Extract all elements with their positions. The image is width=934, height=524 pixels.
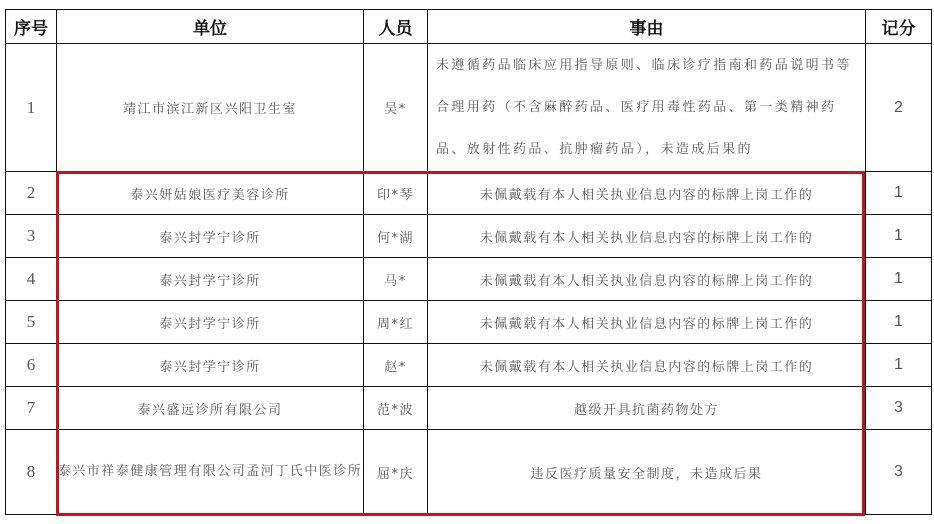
cell-index: 6 (6, 344, 57, 387)
cell-person: 马* (364, 258, 428, 301)
cell-score: 2 (866, 44, 932, 172)
cell-score: 3 (866, 387, 932, 430)
cell-index: 7 (6, 387, 57, 430)
cell-reason: 未佩戴载有本人相关执业信息内容的标牌上岗工作的 (428, 301, 866, 344)
cell-person: 周*红 (364, 301, 428, 344)
cell-reason: 违反医疗质量安全制度，未造成后果 (428, 430, 866, 515)
cell-unit: 泰兴封学宁诊所 (57, 344, 364, 387)
cell-reason: 越级开具抗菌药物处方 (428, 387, 866, 430)
cell-reason: 未佩戴载有本人相关执业信息内容的标牌上岗工作的 (428, 215, 866, 258)
header-reason: 事由 (428, 10, 866, 44)
table-row: 1 靖江市滨江新区兴阳卫生室 吴* 未遵循药品临床应用指导原则、临床诊疗指南和药… (6, 44, 932, 172)
cell-unit: 泰兴市祥泰健康管理有限公司孟河丁氏中医诊所 (57, 430, 364, 515)
cell-unit: 泰兴妍姑娘医疗美容诊所 (57, 172, 364, 215)
cell-reason: 未佩戴载有本人相关执业信息内容的标牌上岗工作的 (428, 172, 866, 215)
cell-index: 1 (6, 44, 57, 172)
header-person: 人员 (364, 10, 428, 44)
cell-unit: 泰兴封学宁诊所 (57, 215, 364, 258)
cell-reason: 未佩戴载有本人相关执业信息内容的标牌上岗工作的 (428, 258, 866, 301)
table-row: 8 泰兴市祥泰健康管理有限公司孟河丁氏中医诊所 屈*庆 违反医疗质量安全制度，未… (6, 430, 932, 515)
penalty-record-table: 序号 单位 人员 事由 记分 1 靖江市滨江新区兴阳卫生室 吴* 未遵循药品临床… (5, 9, 932, 515)
table-row: 4 泰兴封学宁诊所 马* 未佩戴载有本人相关执业信息内容的标牌上岗工作的 1 (6, 258, 932, 301)
header-score: 记分 (866, 10, 932, 44)
cell-reason: 未遵循药品临床应用指导原则、临床诊疗指南和药品说明书等合理用药（不含麻醉药品、医… (428, 44, 866, 172)
table-row: 3 泰兴封学宁诊所 何*湖 未佩戴载有本人相关执业信息内容的标牌上岗工作的 1 (6, 215, 932, 258)
cell-score: 1 (866, 215, 932, 258)
cell-person: 吴* (364, 44, 428, 172)
cell-score: 1 (866, 301, 932, 344)
cell-index: 8 (6, 430, 57, 515)
header-index: 序号 (6, 10, 57, 44)
cell-index: 4 (6, 258, 57, 301)
table-row: 2 泰兴妍姑娘医疗美容诊所 印*琴 未佩戴载有本人相关执业信息内容的标牌上岗工作… (6, 172, 932, 215)
cell-person: 印*琴 (364, 172, 428, 215)
cell-person: 范*波 (364, 387, 428, 430)
cell-score: 1 (866, 344, 932, 387)
table-row: 5 泰兴封学宁诊所 周*红 未佩戴载有本人相关执业信息内容的标牌上岗工作的 1 (6, 301, 932, 344)
table-row: 7 泰兴盛远诊所有限公司 范*波 越级开具抗菌药物处方 3 (6, 387, 932, 430)
cell-index: 3 (6, 215, 57, 258)
cell-score: 1 (866, 172, 932, 215)
penalty-record-sheet: 序号 单位 人员 事由 记分 1 靖江市滨江新区兴阳卫生室 吴* 未遵循药品临床… (5, 9, 931, 516)
cell-unit: 泰兴封学宁诊所 (57, 258, 364, 301)
cell-reason: 未佩戴载有本人相关执业信息内容的标牌上岗工作的 (428, 344, 866, 387)
cell-score: 1 (866, 258, 932, 301)
table-header-row: 序号 单位 人员 事由 记分 (6, 10, 932, 44)
cell-unit: 泰兴封学宁诊所 (57, 301, 364, 344)
header-unit: 单位 (57, 10, 364, 44)
cell-score: 3 (866, 430, 932, 515)
table-row: 6 泰兴封学宁诊所 赵* 未佩戴载有本人相关执业信息内容的标牌上岗工作的 1 (6, 344, 932, 387)
cell-index: 2 (6, 172, 57, 215)
cell-person: 何*湖 (364, 215, 428, 258)
cell-unit: 泰兴盛远诊所有限公司 (57, 387, 364, 430)
cell-unit: 靖江市滨江新区兴阳卫生室 (57, 44, 364, 172)
cell-index: 5 (6, 301, 57, 344)
cell-person: 屈*庆 (364, 430, 428, 515)
cell-person: 赵* (364, 344, 428, 387)
